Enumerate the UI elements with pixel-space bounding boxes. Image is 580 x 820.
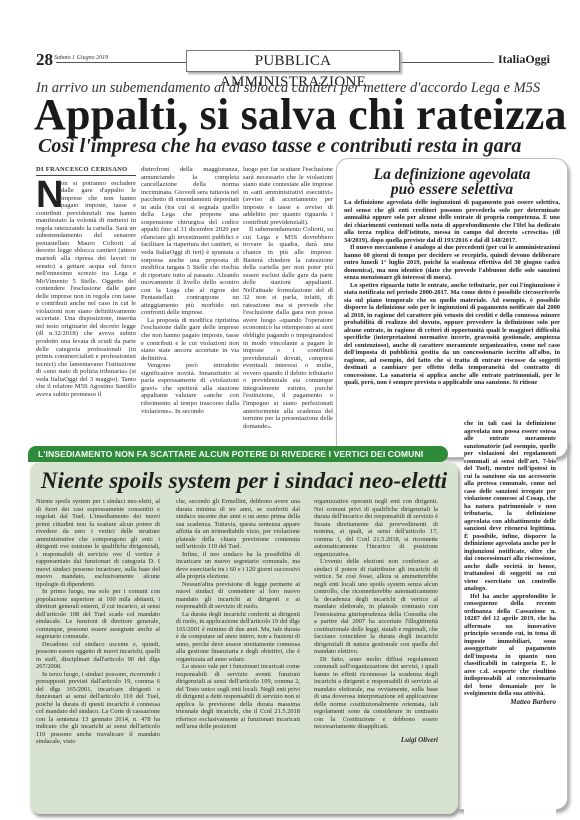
paragraph: Il nuovo meccanismo è analogo ai due pre… [344, 244, 560, 282]
article-column-2: dietrofront della maggioranza, annuncian… [141, 166, 239, 415]
paragraph: L'evento delle elezioni non conferisce a… [314, 558, 438, 656]
paragraph: Ifel ha anche approfondito le conseguenz… [464, 593, 556, 698]
paragraph: dietrofront della maggioranza, annuncian… [141, 166, 239, 317]
paragraph: La durata degli incarichi conferiti ai d… [176, 611, 300, 664]
author-signature: Luigi Oliveri [314, 737, 438, 745]
paragraph: Decadono col sindaco uscente e, quindi, … [36, 641, 160, 671]
newspaper-page: 28 Sabato 1 Giugno 2019 PUBBLICA AMMINIS… [0, 0, 580, 820]
paragraph: Infine, il neo sindaco ha la possibilità… [176, 551, 300, 581]
green-article-headline: Niente spoils system per i sindaci neo-e… [30, 468, 458, 494]
sidebar-body: La definizione agevolata delle ingiunzio… [344, 199, 560, 387]
page-number: 28 [36, 50, 56, 70]
green-article-banner: L'INSEDIAMENTO NON FA SCATTARE ALCUN POT… [28, 446, 448, 462]
section-label: PUBBLICA AMMINISTRAZIONE [186, 50, 400, 72]
paragraph: on si potranno escludere dalle gare d'ap… [36, 180, 136, 399]
paragraph: Il subemendamento Coltorti, su cui Lega … [243, 226, 333, 430]
paragraph: organizzative operanti negli enti con di… [314, 498, 438, 558]
paragraph: Lo stesso vale per i funzionari incarica… [176, 663, 300, 731]
green-column-2: che, secondo gli Ermellini, debbono aver… [176, 498, 300, 731]
paragraph: Lo spettro riguarda tutte le entrate, an… [344, 282, 560, 387]
headline: Appalti, si salva chi rateizza [34, 93, 554, 137]
article-column-1: DI FRANCESCO CERISANO N on si potranno e… [36, 166, 136, 398]
paragraph: In primo luogo, ma solo per i comuni con… [36, 588, 160, 641]
page-header: 28 Sabato 1 Giugno 2019 PUBBLICA AMMINIS… [36, 50, 550, 72]
sidebar-box: La definizione agevolata può essere sele… [336, 158, 568, 458]
paragraph: Nessun'altra previsione di legge permett… [176, 581, 300, 611]
paragraph: La definizione agevolata delle ingiunzio… [344, 199, 560, 244]
sidebar-title-line-1: La definizione agevolata [337, 167, 567, 182]
dropcap: N [36, 180, 58, 210]
subheadline: Così l'impresa che ha evaso tasse e cont… [38, 135, 558, 158]
paragraph: Niente spoils system per i sindaci neo-e… [36, 498, 160, 588]
paragraph: Di fatto, sono molto diffusi regolamenti… [314, 656, 438, 731]
green-column-3: organizzative operanti negli enti con di… [314, 498, 438, 744]
article-column-3: luogo per far scattare l'esclusione sarà… [243, 166, 333, 430]
issue-date: Sabato 1 Giugno 2019 [54, 55, 112, 61]
author-signature: Matteo Barbero [464, 699, 556, 707]
sidebar-title-line-2: può essere selettiva [337, 182, 567, 197]
paragraph: che in tali casi la definizione agevolat… [464, 420, 556, 593]
paragraph: che, secondo gli Ermellini, debbono aver… [176, 498, 300, 551]
sidebar-title: La definizione agevolata può essere sele… [337, 167, 567, 197]
newspaper-logo: ItaliaOggi [494, 52, 550, 67]
paragraph: Vengono però introdotte significative no… [141, 362, 239, 415]
green-column-1: Niente spoils system per i sindaci neo-e… [36, 498, 160, 746]
paragraph: luogo per far scattare l'esclusione sarà… [243, 166, 333, 226]
sidebar-continuation: che in tali casi la definizione agevolat… [464, 420, 556, 815]
paragraph: La proposta di modifica ripristina l'esc… [141, 317, 239, 362]
paragraph: In terzo luogo, i sindaci possono, ricor… [36, 671, 160, 746]
